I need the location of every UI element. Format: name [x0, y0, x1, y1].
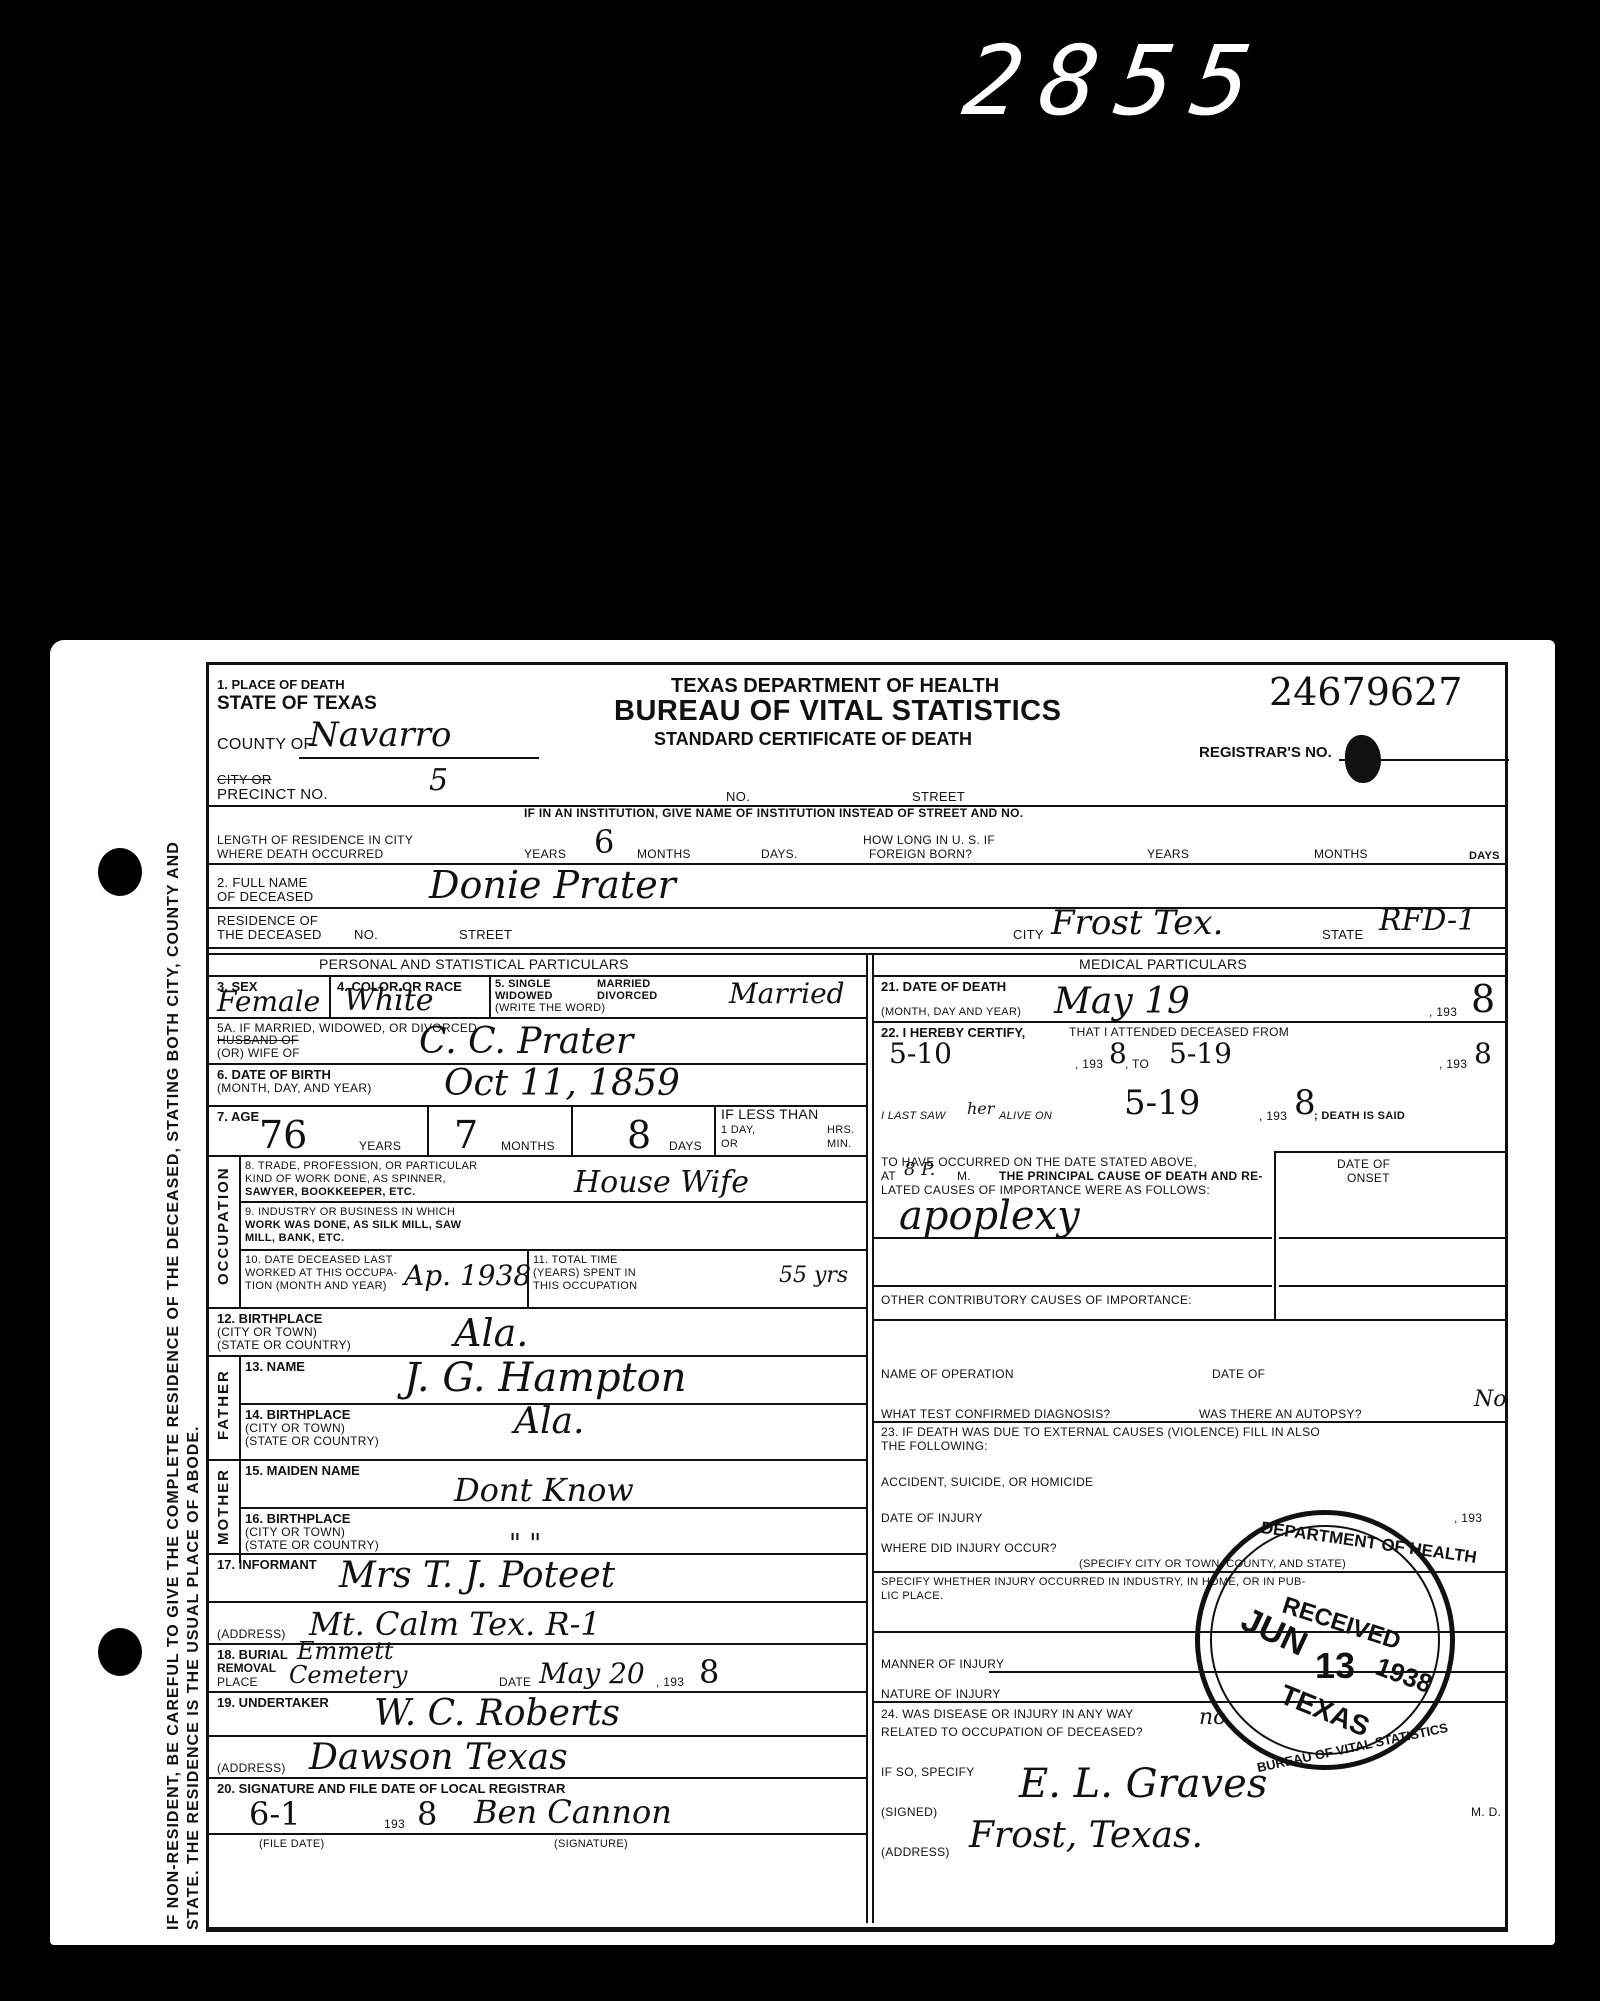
film-frame-number: 2855: [957, 25, 1276, 137]
state-label-residence: STATE: [1322, 927, 1363, 942]
birthplace-value: Ala.: [454, 1311, 528, 1355]
registrars-no-label: REGISTRAR'S NO.: [1199, 745, 1332, 760]
burial-year-digit: 8: [699, 1653, 719, 1691]
file-date-value: 6-1: [249, 1795, 301, 1833]
autopsy-value: No: [1474, 1387, 1507, 1412]
father-name-label: 13. NAME: [245, 1359, 305, 1374]
city-or-label: CITY OR: [217, 772, 272, 787]
total-time-label3: THIS OCCUPATION: [533, 1279, 637, 1294]
age-months-label: MONTHS: [501, 1139, 555, 1154]
external-causes-label1: 23. IF DEATH WAS DUE TO EXTERNAL CAUSES …: [881, 1425, 1320, 1440]
file-date-caption: (FILE DATE): [259, 1837, 324, 1852]
operation-date-label: DATE OF: [1212, 1367, 1265, 1382]
injury-where-label: WHERE DID INJURY OCCUR?: [881, 1541, 1057, 1556]
file-year-digit: 8: [417, 1795, 437, 1833]
dob-value: Oct 11, 1859: [444, 1063, 680, 1104]
md-label: M. D.: [1471, 1805, 1501, 1820]
certificate-number: 24679627: [1269, 670, 1462, 714]
state-label: STATE OF TEXAS: [217, 693, 377, 715]
received-stamp: DEPARTMENT OF HEALTH RECEIVED JUN 13 193…: [1195, 1510, 1455, 1770]
undertaker-value: W. C. Roberts: [374, 1693, 620, 1734]
other-causes-label: OTHER CONTRIBUTORY CAUSES OF IMPORTANCE:: [881, 1293, 1192, 1308]
trade-value: House Wife: [574, 1165, 749, 1200]
father-birthplace-value: Ala.: [514, 1401, 584, 1442]
father-birthplace-label3: (STATE OR COUNTRY): [245, 1434, 379, 1449]
residence-no-label: NO.: [354, 927, 378, 942]
trade-label3: SAWYER, BOOKKEEPER, ETC.: [245, 1185, 415, 1200]
ink-blot: [1345, 735, 1381, 783]
us-label2: FOREIGN BORN?: [869, 847, 972, 862]
us-months-label: MONTHS: [1314, 847, 1368, 862]
informant-label: 17. INFORMANT: [217, 1557, 317, 1572]
us-label1: HOW LONG IN U. S. IF: [863, 833, 995, 848]
place-of-death-label: 1. PLACE OF DEATH: [217, 677, 345, 692]
alive-on-label: ALIVE ON: [999, 1109, 1052, 1124]
removal-label: REMOVAL: [217, 1661, 276, 1676]
registrar-signature: Ben Cannon: [474, 1793, 672, 1831]
burial-date-value: May 20: [539, 1657, 645, 1690]
months-label: MONTHS: [637, 847, 691, 862]
residence-label1: RESIDENCE OF: [217, 913, 318, 928]
institution-note: IF IN AN INSTITUTION, GIVE NAME OF INSTI…: [524, 806, 1023, 821]
side-instruction-line1: IF NON-RESIDENT, BE CAREFUL TO GIVE THE …: [165, 841, 183, 1930]
injury-date-label: DATE OF INJURY: [881, 1511, 983, 1526]
manner-label: MANNER OF INJURY: [881, 1657, 1004, 1672]
residence-length-label2: WHERE DEATH OCCURRED: [217, 847, 383, 862]
last-saw-pronoun: her: [967, 1099, 994, 1118]
m-label: M.: [957, 1169, 971, 1184]
mother-birthplace-label1: 16. BIRTHPLACE: [245, 1511, 350, 1526]
age-months-value: 7: [454, 1113, 478, 1157]
dod-label2: (MONTH, DAY AND YEAR): [881, 1005, 1021, 1020]
last-saw-value: 5-19: [1124, 1083, 1200, 1123]
age-days-value: 8: [627, 1113, 651, 1157]
operation-label: NAME OF OPERATION: [881, 1367, 1014, 1382]
industry-label3: MILL, BANK, ETC.: [245, 1231, 345, 1246]
sex-value: Female: [217, 985, 320, 1018]
attended-to-value: 5-19: [1169, 1037, 1232, 1070]
death-said-label: ; DEATH IS SAID: [1314, 1109, 1405, 1124]
undertaker-address-value: Dawson Texas: [309, 1737, 568, 1778]
birthplace-label1: 12. BIRTHPLACE: [217, 1311, 322, 1326]
residence-years-value: 6: [594, 823, 614, 861]
us-years-label: YEARS: [1147, 847, 1189, 862]
burial-date-label: DATE: [499, 1675, 531, 1690]
street-label: STREET: [912, 789, 965, 804]
occupation-side-label: OCCUPATION: [215, 1166, 232, 1285]
mother-side-label: MOTHER: [215, 1468, 232, 1545]
years-label: YEARS: [524, 847, 566, 862]
place-label: PLACE: [217, 1675, 258, 1690]
residence-length-label1: LENGTH OF RESIDENCE IN CITY: [217, 833, 413, 848]
physician-address-value: Frost, Texas.: [969, 1815, 1203, 1856]
attended-from-year: , 193: [1075, 1057, 1103, 1072]
autopsy-label: WAS THERE AN AUTOPSY?: [1199, 1407, 1362, 1422]
dod-year-prefix: , 193: [1429, 1005, 1457, 1020]
or-label: OR: [721, 1137, 738, 1152]
marital-divorced-label: DIVORCED: [597, 989, 657, 1004]
last-saw-label: I LAST SAW: [881, 1109, 946, 1124]
cause-value: apoplexy: [899, 1193, 1080, 1239]
mother-name-label: 15. MAIDEN NAME: [245, 1463, 360, 1478]
total-time-value: 55 yrs: [779, 1263, 848, 1288]
at-label: AT: [881, 1169, 896, 1184]
bureau-title: BUREAU OF VITAL STATISTICS: [614, 695, 1061, 728]
last-worked-label3: TION (MONTH AND YEAR): [245, 1279, 387, 1294]
marital-value: Married: [729, 977, 845, 1010]
injury-place-label2: LIC PLACE.: [881, 1589, 943, 1604]
age-label: 7. AGE: [217, 1109, 259, 1124]
undertaker-label: 19. UNDERTAKER: [217, 1695, 329, 1710]
full-name-label1: 2. FULL NAME: [217, 875, 308, 890]
side-instruction-line2: STATE. THE RESIDENCE IS THE USUAL PLACE …: [185, 1426, 203, 1930]
attended-from-value: 5-10: [889, 1037, 952, 1070]
cause-label1: THE PRINCIPAL CAUSE OF DEATH AND RE-: [999, 1169, 1263, 1184]
last-worked-value: Ap. 1938: [404, 1259, 531, 1292]
informant-address-label: (ADDRESS): [217, 1627, 286, 1642]
father-birthplace-label1: 14. BIRTHPLACE: [245, 1407, 350, 1422]
dod-year-digit: 8: [1471, 977, 1495, 1021]
at-value: 8 P.: [904, 1159, 935, 1180]
external-causes-label2: THE FOLLOWING:: [881, 1439, 988, 1454]
last-saw-year: , 193: [1259, 1109, 1287, 1124]
occupation-related-label1: 24. WAS DISEASE OR INJURY IN ANY WAY: [881, 1707, 1133, 1722]
onset-label2: ONSET: [1347, 1171, 1390, 1186]
test-label: WHAT TEST CONFIRMED DIAGNOSIS?: [881, 1407, 1110, 1422]
age-days-label: DAYS: [669, 1139, 702, 1154]
number-label: NO.: [726, 789, 750, 804]
full-name-value: Donie Prater: [429, 863, 676, 907]
medical-section-title: MEDICAL PARTICULARS: [1079, 957, 1247, 972]
burial-label: 18. BURIAL: [217, 1647, 288, 1662]
informant-value: Mrs T. J. Poteet: [339, 1555, 615, 1596]
occupation-related-label2: RELATED TO OCCUPATION OF DECEASED?: [881, 1725, 1143, 1740]
attended-to-digit: 8: [1474, 1037, 1492, 1070]
to-label: , TO: [1125, 1057, 1149, 1072]
last-saw-digit: 8: [1294, 1083, 1316, 1123]
us-days-label: DAYS: [1469, 849, 1500, 864]
wife-of-label: (OR) WIFE OF: [217, 1046, 300, 1061]
dob-label2: (MONTH, DAY, AND YEAR): [217, 1081, 372, 1096]
punch-hole-top: [98, 848, 142, 896]
attended-to-year: , 193: [1439, 1057, 1467, 1072]
nature-label: NATURE OF INJURY: [881, 1687, 1001, 1702]
dob-label1: 6. DATE OF BIRTH: [217, 1067, 331, 1082]
precinct-label: PRECINCT NO.: [217, 787, 328, 802]
one-day-label: 1 DAY,: [721, 1123, 755, 1138]
father-name-value: J. G. Hampton: [404, 1355, 687, 1401]
dod-label1: 21. DATE OF DEATH: [881, 979, 1006, 994]
accident-label: ACCIDENT, SUICIDE, OR HOMICIDE: [881, 1475, 1093, 1490]
spouse-value: C. C. Prater: [419, 1021, 633, 1062]
injury-year: , 193: [1454, 1511, 1482, 1526]
race-value: White: [344, 983, 434, 1018]
residence-street-label: STREET: [459, 927, 512, 942]
city-value: Frost Tex.: [1051, 903, 1223, 943]
county-value: Navarro: [309, 715, 451, 755]
hrs-label: HRS.: [827, 1123, 854, 1138]
father-side-label: FATHER: [215, 1369, 232, 1440]
days-label: DAYS.: [761, 847, 798, 862]
physician-address-label: (ADDRESS): [881, 1845, 950, 1860]
birthplace-label3: (STATE OR COUNTRY): [217, 1338, 351, 1353]
age-years-label: YEARS: [359, 1139, 401, 1154]
state-value: RFD-1: [1379, 903, 1476, 938]
city-label: CITY: [1013, 927, 1044, 942]
physician-signature: E. L. Graves: [1019, 1761, 1267, 1807]
signed-label: (SIGNED): [881, 1805, 937, 1820]
age-years-value: 76: [259, 1113, 307, 1157]
if-so-label: IF SO, SPECIFY: [881, 1765, 975, 1780]
write-the-word-label: (WRITE THE WORD): [495, 1001, 605, 1016]
certificate-type: STANDARD CERTIFICATE OF DEATH: [654, 729, 972, 750]
stamp-day: 13: [1315, 1645, 1355, 1687]
undertaker-address-label: (ADDRESS): [217, 1761, 286, 1776]
county-label: COUNTY OF: [217, 737, 314, 752]
mother-birthplace-label3: (STATE OR COUNTRY): [245, 1538, 379, 1553]
burial-year-prefix: , 193: [656, 1675, 684, 1690]
mother-name-value: Dont Know: [454, 1471, 634, 1509]
punch-hole-bottom: [98, 1628, 142, 1676]
personal-section-title: PERSONAL AND STATISTICAL PARTICULARS: [319, 957, 629, 972]
precinct-value: 5: [429, 763, 448, 798]
min-label: MIN.: [827, 1137, 851, 1152]
residence-label2: THE DECEASED: [217, 927, 322, 942]
less-than-label: IF LESS THAN: [721, 1107, 818, 1122]
dod-value: May 19: [1054, 981, 1190, 1022]
file-year-prefix: 193: [384, 1817, 405, 1832]
burial-value2: Cemetery: [289, 1661, 407, 1689]
onset-label1: DATE OF: [1337, 1157, 1390, 1172]
full-name-label2: OF DECEASED: [217, 889, 313, 904]
signature-caption: (SIGNATURE): [554, 1837, 628, 1852]
